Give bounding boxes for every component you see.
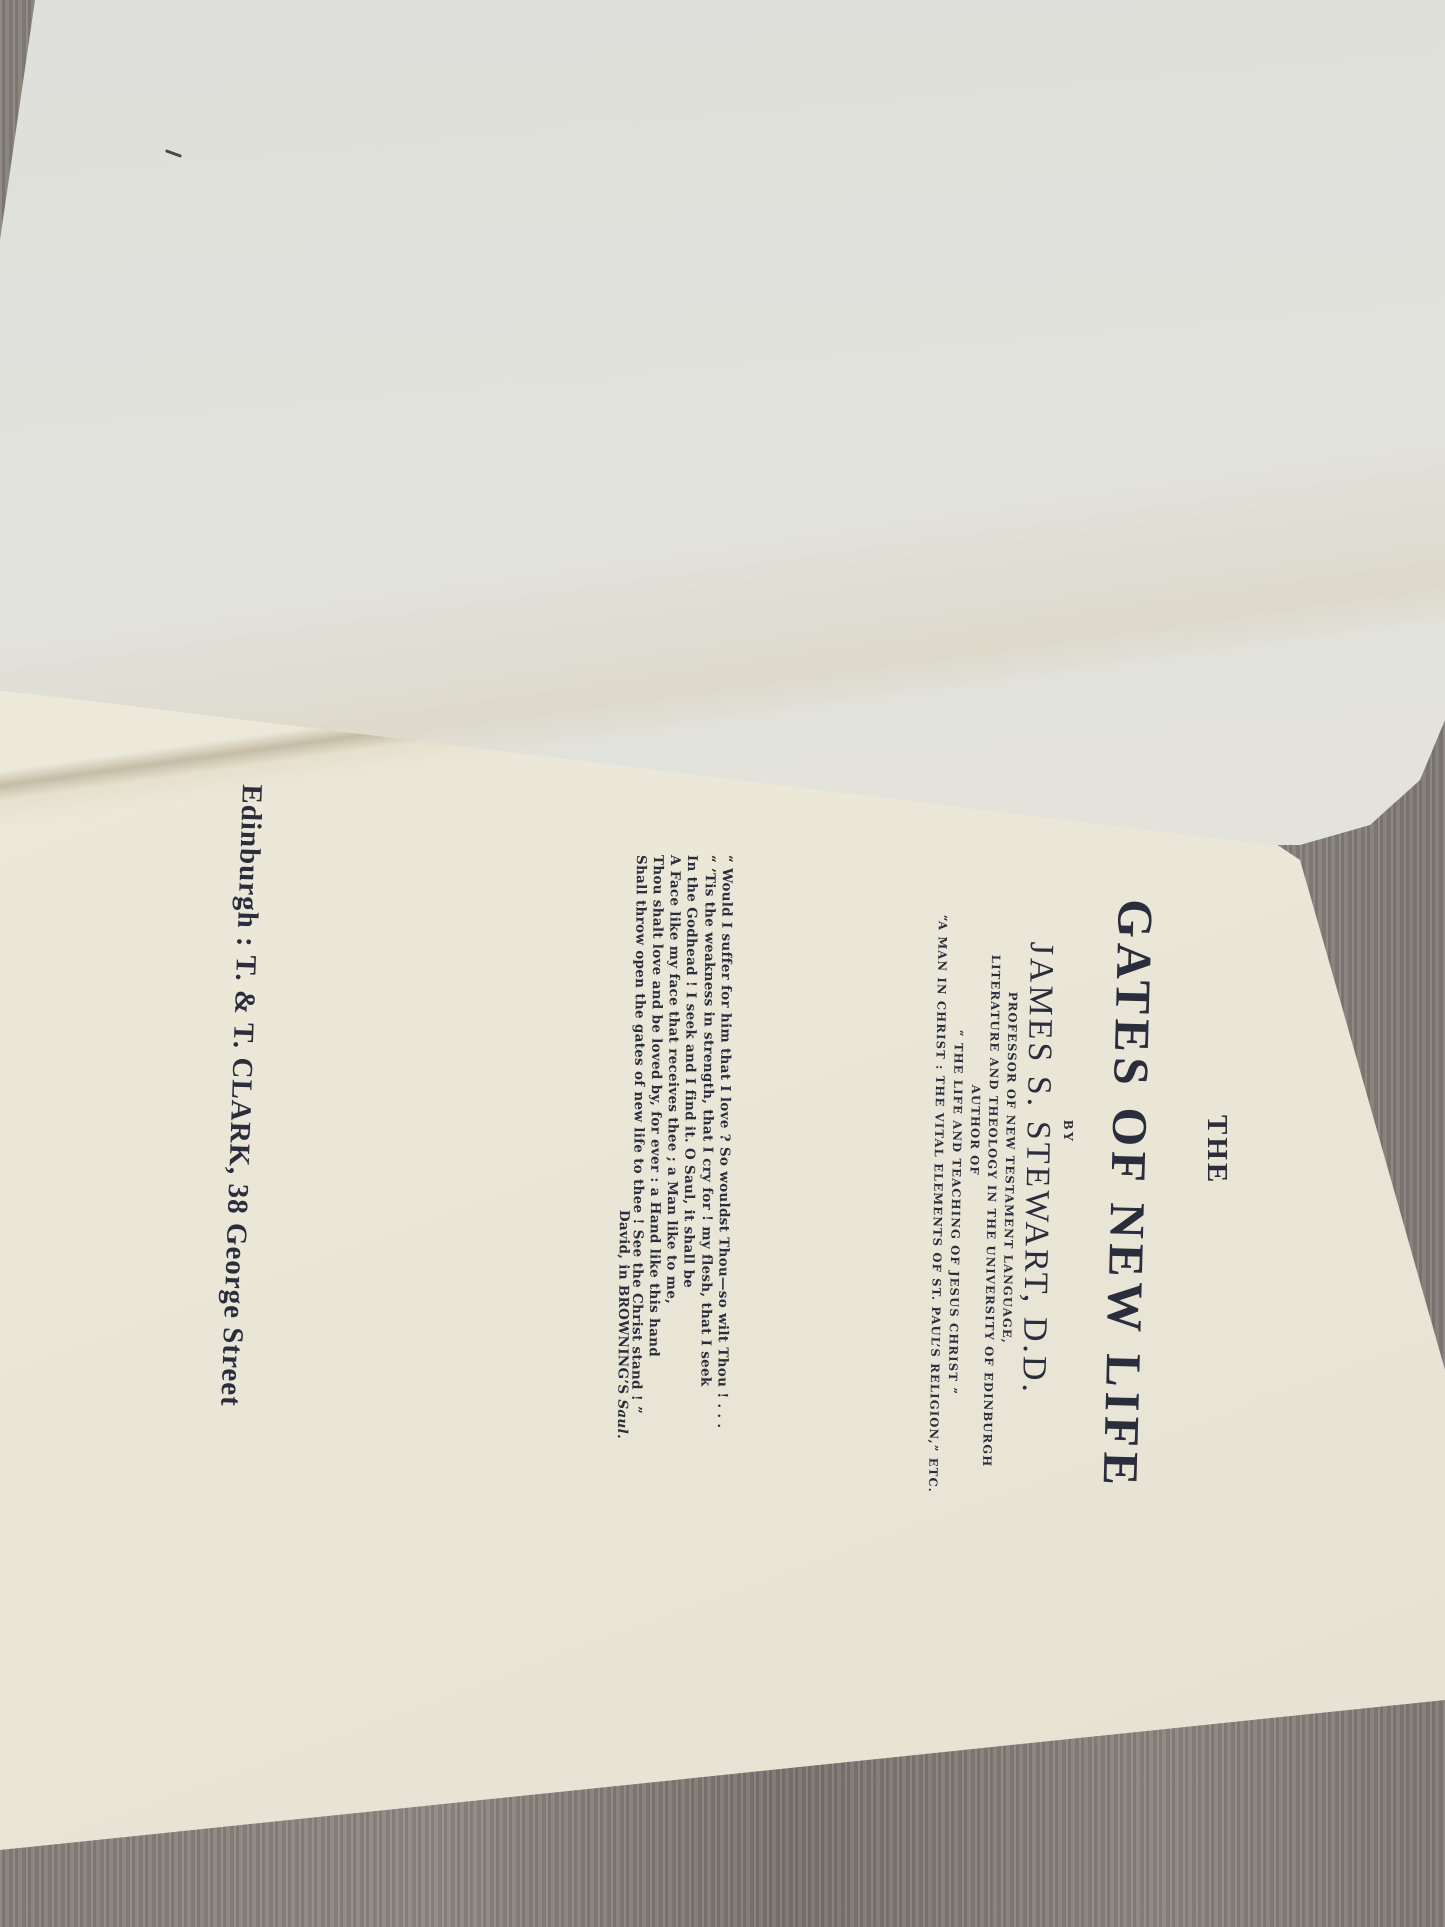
credential-line: AUTHOR OF — [967, 1085, 983, 1176]
author-name: JAMES S. STEWART, D.D. — [1014, 941, 1060, 1395]
title-prefix: THE — [1200, 1115, 1233, 1185]
attribution-source: David, in BROWNING’S — [614, 1210, 632, 1400]
by-label: BY — [1059, 1120, 1075, 1143]
attribution-work: Saul. — [614, 1399, 630, 1439]
epigraph-attribution: David, in BROWNING’S Saul. — [614, 1210, 632, 1439]
